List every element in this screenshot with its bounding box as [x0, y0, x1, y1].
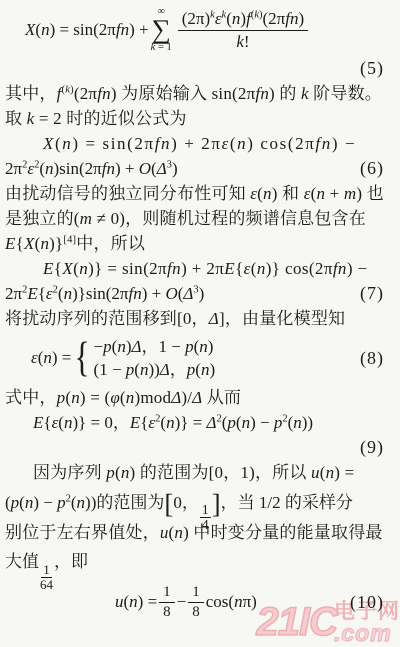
equation-number-6: (6) [360, 156, 384, 181]
max-value-post: ，即 [54, 552, 88, 571]
paragraph-un-range-1: 因为序列 p(n) 的范围为[0，1)，所以 u(n) = [5, 460, 392, 485]
paragraph-k2-approx: 取 k = 2 时的近似公式为 [5, 106, 392, 131]
equation-7-line2-row: 2π2E{ε2(n)}sin(2πfn) + O(Δ3) (7) [5, 281, 392, 306]
equation-number-9-row: (9) [5, 435, 392, 460]
paragraph-iid-1: 由扰动信号的独立同分布性可知 ε(n) 和 ε(n + m) 也 [5, 181, 392, 206]
equation-number-5: (5) [360, 58, 384, 78]
summation-symbol: ∞ ∑ k = 1 [151, 7, 172, 53]
equation-5-fraction: (2π)kεk(n)f(k)(2πfn) k! [178, 9, 308, 51]
paragraph-expectation-ref: E{X(n)}[4]中，所以 [5, 231, 392, 256]
max-value-pre: 大值 [5, 552, 39, 571]
sum-lower-limit: k = 1 [151, 43, 172, 54]
equation-5-lhs: X(n) = sin(2πfn) + [25, 20, 149, 40]
equation-7-line1: E{X(n)} = sin(2πfn) + 2πE{ε(n)} cos(2πfn… [43, 256, 392, 281]
fraction-numerator: (2π)kεk(n)f(k)(2πfn) [178, 9, 308, 31]
equation-6-line1: X(n) = sin(2πfn) + 2πε(n) cos(2πfn) − [43, 131, 392, 156]
left-brace-icon: { [75, 336, 90, 380]
one-eighth-fraction-1: 18 [159, 584, 175, 620]
paragraph-pn-definition: 式中，p(n) = (φ(n)modΔ)/Δ 从而 [5, 385, 392, 410]
minus-sign: − [177, 592, 187, 612]
equation-8: ε(n) = { −p(n)Δ，1 − p(n) (1 − p(n))Δ，p(n… [5, 332, 392, 384]
equation-10-rhs: cos(nπ) [206, 592, 257, 612]
equation-6-line2: 2π2ε2(n)sin(2πfn) + O(Δ3) [5, 156, 178, 181]
fraction-denominator: k! [236, 31, 249, 52]
sigma-icon: ∑ [152, 17, 171, 43]
equation-number-7: (7) [360, 281, 384, 306]
equation-8-cases: −p(n)Δ，1 − p(n) (1 − p(n))Δ，p(n) [94, 335, 216, 381]
one-eighth-fraction-2: 18 [188, 584, 204, 620]
equation-10-content: u(n) = 18 − 18 cos(nπ) [115, 584, 257, 620]
right-bracket-icon: ] [212, 489, 221, 519]
equation-number-5-row: (5) [5, 56, 392, 81]
range-post-text: ，当 1/2 的采样分 [221, 493, 353, 512]
equation-8-case1: −p(n)Δ，1 − p(n) [94, 335, 216, 358]
left-bracket-icon: [ [164, 489, 173, 519]
paragraph-un-range-2: (p(n) − p2(n))的范围为[0，14]，当 1/2 的采样分 [5, 485, 392, 520]
paper-page: X(n) = sin(2πfn) + ∞ ∑ k = 1 (2π)kεk(n)f… [0, 0, 400, 647]
equation-number-9: (9) [360, 437, 384, 457]
paragraph-energy-max-2: 大值164，即 [5, 545, 392, 578]
paragraph-iid-2: 是独立的(m ≠ 0)，则随机过程的频谱信息包含在 [5, 206, 392, 231]
equation-10-lhs: u(n) = [115, 592, 157, 612]
equation-number-10: (10) [350, 592, 384, 613]
equation-7-line2: 2π2E{ε2(n)}sin(2πfn) + O(Δ3) [5, 281, 204, 306]
equation-8-case2: (1 − p(n))Δ，p(n) [94, 358, 216, 381]
equation-10: u(n) = 18 − 18 cos(nπ) (10) [5, 580, 392, 624]
paragraph-quantization-model: 将扰动序列的范围移到[0，Δ]，由量化模型知 [5, 306, 392, 331]
range-zero: 0， [173, 493, 199, 512]
watermark-com-text: .com [334, 623, 400, 644]
paragraph-energy-max-1: 别位于左右界值处，u(n) 中时变分量的能量取得最 [5, 520, 392, 545]
paragraph-derivative-note: 其中，f(k)(2πfn) 为原始输入 sin(2πfn) 的 k 阶导数。 [5, 81, 392, 106]
equation-6-line2-row: 2π2ε2(n)sin(2πfn) + O(Δ3) (6) [5, 156, 392, 181]
range-pre-text: (p(n) − p2(n))的范围为 [5, 493, 164, 512]
equation-number-8: (8) [360, 348, 392, 369]
equation-9-line1: E{ε(n)} = 0，E{ε2(n)} = Δ2(p(n) − p2(n)) [33, 410, 392, 435]
equation-5: X(n) = sin(2πfn) + ∞ ∑ k = 1 (2π)kεk(n)f… [25, 4, 392, 56]
equation-8-lhs: ε(n) = [31, 348, 71, 368]
